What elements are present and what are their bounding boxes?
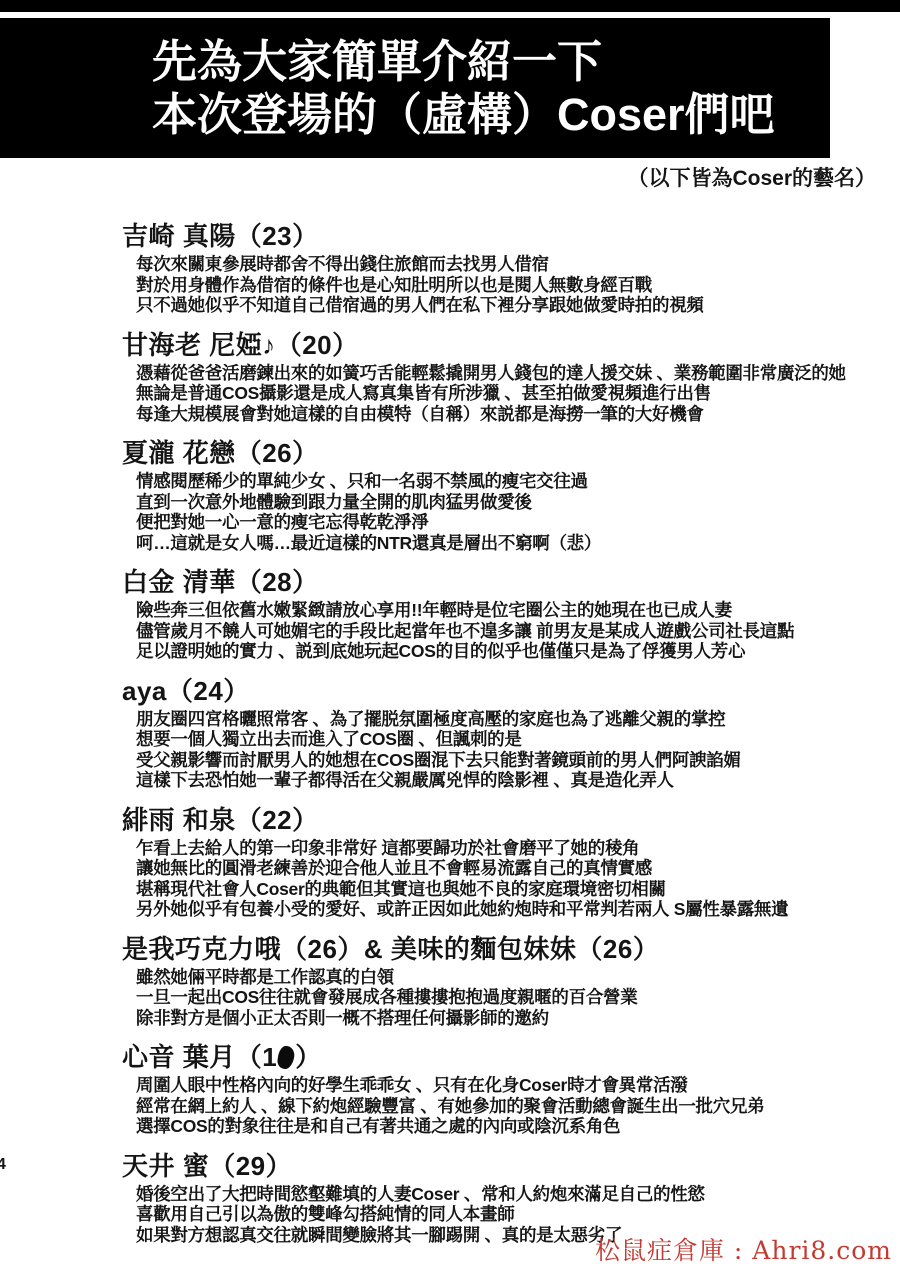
character-desc-line: 呵…這就是女人嗎…最近這樣的NTR還真是層出不窮啊（悲） [136, 533, 900, 554]
character-desc-line: 喜歡用自己引以為傲的雙峰勾搭純情的同人本畫師 [136, 1204, 900, 1225]
top-black-strip [0, 0, 900, 12]
character-section: 是我巧克力哦（26）& 美味的麵包妹妹（26） 雖然她倆平時都是工作認真的白領 … [0, 934, 900, 1029]
character-section: 吉崎 真陽（23） 每次來關東參展時都舍不得出錢住旅館而去找男人借宿 對於用身體… [0, 221, 900, 316]
watermark: 松鼠症倉庫 : Ahri8.com [595, 1231, 892, 1267]
character-name: aya（24） [122, 676, 900, 707]
character-section: 夏瀧 花戀（26） 情感閱歷稀少的單純少女 、只和一名弱不禁風的瘦宅交往過 直到… [0, 438, 900, 553]
character-name: 吉崎 真陽（23） [122, 221, 900, 252]
character-name-post: ） [295, 1042, 322, 1072]
character-desc-line: 每次來關東參展時都舍不得出錢住旅館而去找男人借宿 [136, 254, 900, 275]
character-desc-line: 選擇COS的對象往往是和自己有著共通之處的內向或陰沉系角色 [136, 1116, 900, 1137]
character-desc-line: 受父親影響而討厭男人的她想在COS圈混下去只能對著鏡頭前的男人們阿諛諂媚 [136, 750, 900, 771]
character-desc-line: 這樣下去恐怕她一輩子都得活在父親嚴厲兇悍的陰影裡 、真是造化弄人 [136, 770, 900, 791]
page-title-line2: 本次登場的（虛構）Coser們吧 [152, 88, 830, 141]
scribble-censor-icon [276, 1045, 295, 1070]
character-section: aya（24） 朋友圈四宮格曬照常客 、為了擺脱氛圍極度高壓的家庭也為了逃離父親… [0, 676, 900, 791]
character-desc-line: 除非對方是個小正太否則一概不搭理任何攝影師的邀約 [136, 1008, 900, 1029]
character-name: 是我巧克力哦（26）& 美味的麵包妹妹（26） [122, 934, 900, 965]
character-desc-line: 周圍人眼中性格內向的好學生乖乖女 、只有在化身Coser時才會異常活潑 [136, 1075, 900, 1096]
character-desc-line: 讓她無比的圓滑老練善於迎合他人並且不會輕易流露自己的真情實感 [136, 858, 900, 879]
character-name: 天井 蜜（29） [122, 1151, 900, 1182]
character-name: 心音 葉月（1） [122, 1042, 900, 1073]
character-section: 甘海老 尼婭♪（20） 憑藉從爸爸活磨鍊出來的如簧巧舌能輕鬆撬開男人錢包的達人援… [0, 330, 900, 425]
character-desc-line: 想要一個人獨立出去而進入了COS圈 、但諷刺的是 [136, 729, 900, 750]
character-section: 白金 清華（28） 險些奔三但依舊水嫩緊緻請放心享用!!年輕時是位宅圈公主的她現… [0, 567, 900, 662]
character-section: 緋雨 和泉（22） 乍看上去給人的第一印象非常好 這都要歸功於社會磨平了她的稜角… [0, 805, 900, 920]
character-name-pre: 心音 葉月（1 [122, 1042, 277, 1072]
character-desc-line: 經常在網上約人 、線下約炮經驗豐富 、有她參加的聚會活動總會誕生出一批穴兄弟 [136, 1096, 900, 1117]
character-name: 夏瀧 花戀（26） [122, 438, 900, 469]
character-desc-line: 只不過她似乎不知道自己借宿過的男人們在私下裡分享跟她做愛時拍的視頻 [136, 295, 900, 316]
character-name: 緋雨 和泉（22） [122, 805, 900, 836]
character-section: 心音 葉月（1） 周圍人眼中性格內向的好學生乖乖女 、只有在化身Coser時才會… [0, 1042, 900, 1137]
header-banner: 先為大家簡單介紹一下 本次登場的（虛構）Coser們吧 [0, 18, 830, 158]
character-desc-line: 無論是普通COS攝影還是成人寫真集皆有所涉獵 、甚至拍做愛視頻進行出售 [136, 383, 900, 404]
character-desc-line: 婚後空出了大把時間慾壑難填的人妻Coser 、常和人約炮來滿足自己的性慾 [136, 1184, 900, 1205]
character-list: 吉崎 真陽（23） 每次來關東參展時都舍不得出錢住旅館而去找男人借宿 對於用身體… [0, 221, 900, 1259]
character-desc-line: 便把對她一心一意的瘦宅忘得乾乾淨淨 [136, 512, 900, 533]
page-number: 4 [0, 1156, 6, 1174]
character-desc-line: 另外她似乎有包養小受的愛好、或許正因如此她約炮時和平常判若兩人 S屬性暴露無遺 [136, 899, 900, 920]
character-desc-line: 對於用身體作為借宿的條件也是心知肚明所以也是閱人無數身經百戰 [136, 275, 900, 296]
character-name: 白金 清華（28） [122, 567, 900, 598]
character-desc-line: 儘管歲月不饒人可她媚宅的手段比起當年也不遑多讓 前男友是某成人遊戲公司社長這點 [136, 621, 900, 642]
header-subtitle: （以下皆為Coser的藝名） [627, 162, 876, 192]
character-name: 甘海老 尼婭♪（20） [122, 330, 900, 361]
character-desc-line: 足以證明她的實力 、説到底她玩起COS的目的似乎也僅僅只是為了俘獲男人芳心 [136, 641, 900, 662]
character-desc-line: 直到一次意外地體驗到跟力量全開的肌肉猛男做愛後 [136, 492, 900, 513]
page-title-line1: 先為大家簡單介紹一下 [152, 35, 830, 88]
character-desc-line: 每逢大規模展會對她這樣的自由模特（自稱）來説都是海撈一筆的大好機會 [136, 404, 900, 425]
character-desc-line: 情感閱歷稀少的單純少女 、只和一名弱不禁風的瘦宅交往過 [136, 471, 900, 492]
character-desc-line: 險些奔三但依舊水嫩緊緻請放心享用!!年輕時是位宅圈公主的她現在也已成人妻 [136, 600, 900, 621]
character-desc-line: 雖然她倆平時都是工作認真的白領 [136, 967, 900, 988]
character-desc-line: 朋友圈四宮格曬照常客 、為了擺脱氛圍極度高壓的家庭也為了逃離父親的掌控 [136, 709, 900, 730]
character-desc-line: 乍看上去給人的第一印象非常好 這都要歸功於社會磨平了她的稜角 [136, 838, 900, 859]
character-desc-line: 一旦一起出COS往往就會發展成各種摟摟抱抱過度親暱的百合營業 [136, 987, 900, 1008]
character-desc-line: 憑藉從爸爸活磨鍊出來的如簧巧舌能輕鬆撬開男人錢包的達人援交妹 、業務範圍非常廣泛… [136, 363, 900, 384]
character-desc-line: 堪稱現代社會人Coser的典範但其實這也與她不良的家庭環境密切相關 [136, 879, 900, 900]
page-title: 先為大家簡單介紹一下 本次登場的（虛構）Coser們吧 [0, 18, 830, 141]
